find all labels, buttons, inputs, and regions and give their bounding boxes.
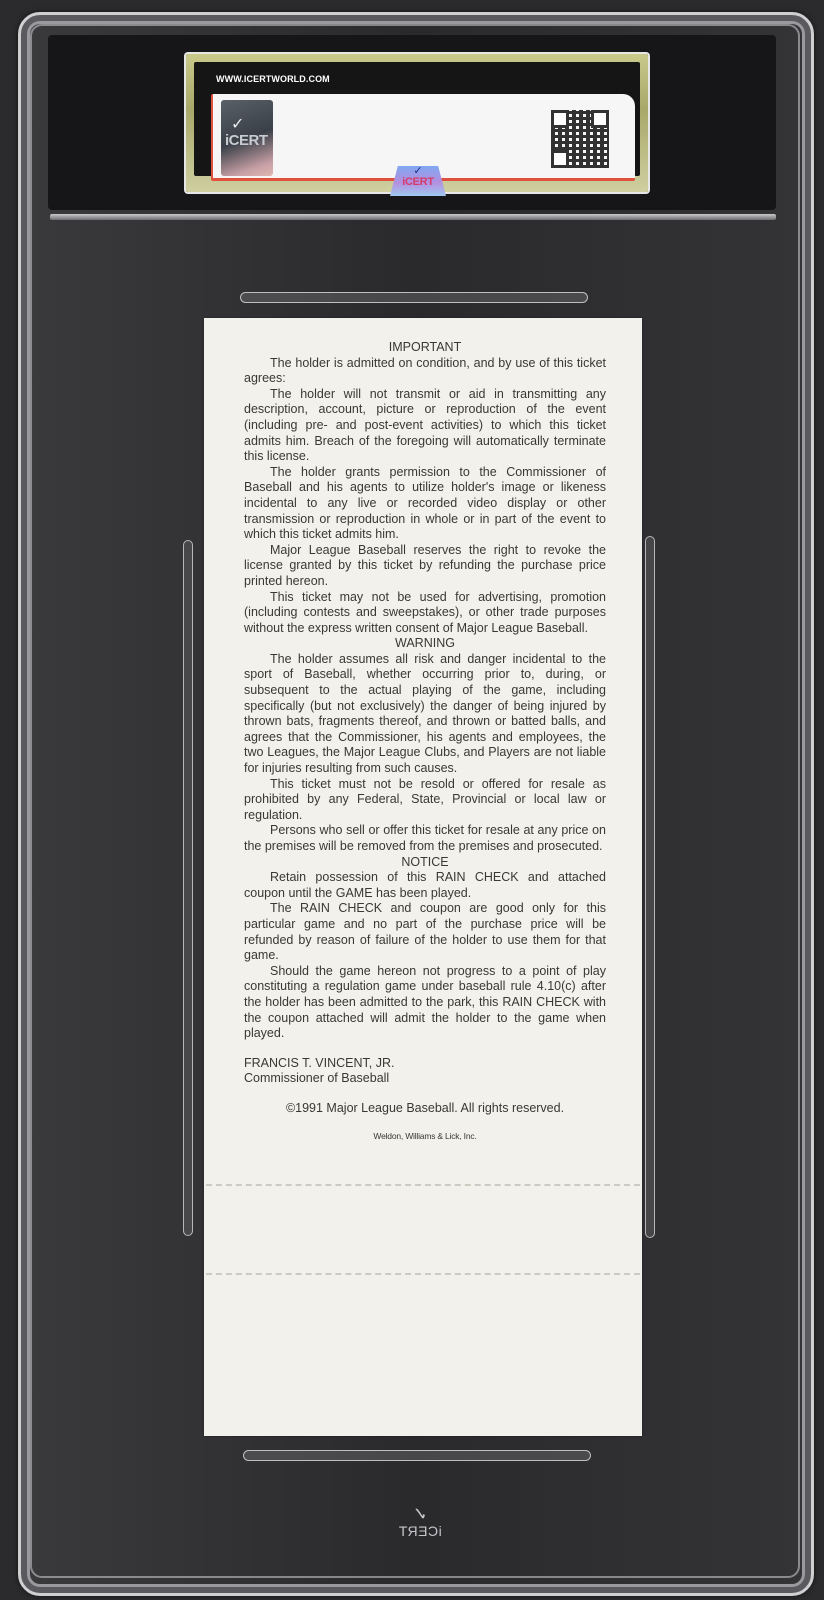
terms-paragraph: The holder assumes all risk and danger i… [244,652,606,777]
holder-rail-bottom [243,1450,591,1461]
holder-rail-top [240,292,588,303]
ticket-back: IMPORTANT The holder is admitted on cond… [204,318,642,1436]
section-heading-important: IMPORTANT [244,340,606,356]
ticket-terms: IMPORTANT The holder is admitted on cond… [244,340,606,1144]
certification-label: WWW.ICERTWORLD.COM ✓ iCERT ✓ iCERT [186,54,648,192]
terms-paragraph: Persons who sell or offer this ticket fo… [244,823,606,854]
case-logo-text: iCERT [390,1523,450,1539]
label-brand-tab: ✓ iCERT [390,166,446,196]
holder-rail-right [645,536,655,1238]
copyright-notice: ©1991 Major League Baseball. All rights … [244,1101,606,1117]
label-divider [50,214,776,220]
checkmark-icon: ✓ [231,114,244,134]
label-url: WWW.ICERTWORLD.COM [216,74,330,84]
embossed-case-logo: ✓ iCERT [390,1505,450,1555]
label-tab-brand: iCERT [390,176,446,188]
qr-finder-pattern [551,150,569,168]
hologram-seal: ✓ iCERT [221,100,273,176]
signature-name: FRANCIS T. VINCENT, JR. [244,1056,606,1072]
signature-block: FRANCIS T. VINCENT, JR. Commissioner of … [244,1056,606,1087]
perforation-line [206,1184,640,1186]
signature-title: Commissioner of Baseball [244,1071,606,1087]
label-black-panel: WWW.ICERTWORLD.COM ✓ iCERT ✓ iCERT [194,62,640,176]
checkmark-icon: ✓ [390,1505,450,1523]
holder-rail-left [183,540,193,1236]
terms-paragraph: The holder grants permission to the Comm… [244,465,606,543]
terms-paragraph: Retain possession of this RAIN CHECK and… [244,870,606,901]
terms-paragraph: This ticket must not be resold or offere… [244,777,606,824]
terms-paragraph: The holder is admitted on condition, and… [244,356,606,387]
section-heading-warning: WARNING [244,636,606,652]
section-heading-notice: NOTICE [244,855,606,871]
terms-paragraph: The holder will not transmit or aid in t… [244,387,606,465]
terms-paragraph: Should the game hereon not progress to a… [244,964,606,1042]
printer-credit: Weldon, Williams & Lick, Inc. [244,1129,606,1145]
terms-paragraph: This ticket may not be used for advertis… [244,590,606,637]
perforation-line [206,1273,640,1275]
terms-paragraph: Major League Baseball reserves the right… [244,543,606,590]
qr-code-icon[interactable] [551,110,609,168]
hologram-brand: iCERT [225,132,268,149]
terms-paragraph: The RAIN CHECK and coupon are good only … [244,901,606,963]
